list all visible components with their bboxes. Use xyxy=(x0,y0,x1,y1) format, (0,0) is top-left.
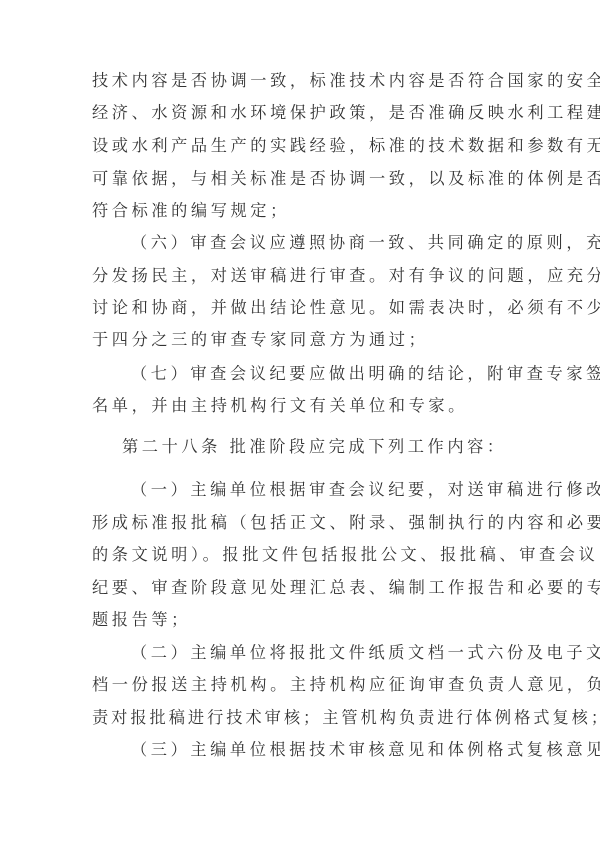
text-line: 纪要、审查阶段意见处理汇总表、编制工作报告和必要的专 xyxy=(92,576,516,600)
paragraph-start-line: （七）审查会议纪要应做出明确的结论，附审查专家签 xyxy=(131,362,516,386)
text-line: 名单，并由主持机构行文有关单位和专家。 xyxy=(92,394,516,418)
text-line: 技术内容是否协调一致，标准技术内容是否符合国家的安全、 xyxy=(92,69,516,93)
text-line: 讨论和协商，并做出结论性意见。如需表决时，必须有不少 xyxy=(92,296,516,320)
text-line: 经济、水资源和水环境保护政策，是否准确反映水利工程建 xyxy=(92,101,516,125)
paragraph-start-line: （三）主编单位根据技术审核意见和体例格式复核意见， xyxy=(131,738,516,762)
paragraph-start-line: （一）主编单位根据审查会议纪要，对送审稿进行修改， xyxy=(131,478,516,502)
text-line: 设或水利产品生产的实践经验，标准的技术数据和参数有无 xyxy=(92,134,516,158)
text-line: 档一份报送主持机构。主持机构应征询审查负责人意见，负 xyxy=(92,673,516,697)
text-line: 分发扬民主，对送审稿进行审查。对有争议的问题，应充分 xyxy=(92,264,516,288)
text-line: 形成标准报批稿（包括正文、附录、强制执行的内容和必要 xyxy=(92,511,516,535)
paragraph-start-line: （六）审查会议应遵照协商一致、共同确定的原则，充 xyxy=(131,231,516,255)
paragraph-start-line: （二）主编单位将报批文件纸质文档一式六份及电子文 xyxy=(131,641,516,665)
document-page: 技术内容是否协调一致，标准技术内容是否符合国家的安全、 经济、水资源和水环境保护… xyxy=(0,0,600,848)
text-line: 题报告等； xyxy=(92,608,516,632)
text-line: 可靠依据，与相关标准是否协调一致，以及标准的体例是否 xyxy=(92,167,516,191)
text-line: 符合标准的编写规定； xyxy=(92,199,516,223)
text-line: 责对报批稿进行技术审核；主管机构负责进行体例格式复核； xyxy=(92,706,516,730)
text-line: 于四分之三的审查专家同意方为通过； xyxy=(92,328,516,352)
article-heading: 第二十八条 批准阶段应完成下列工作内容： xyxy=(122,435,516,459)
text-line: 的条文说明）。报批文件包括报批公文、报批稿、审查会议 xyxy=(92,543,516,567)
